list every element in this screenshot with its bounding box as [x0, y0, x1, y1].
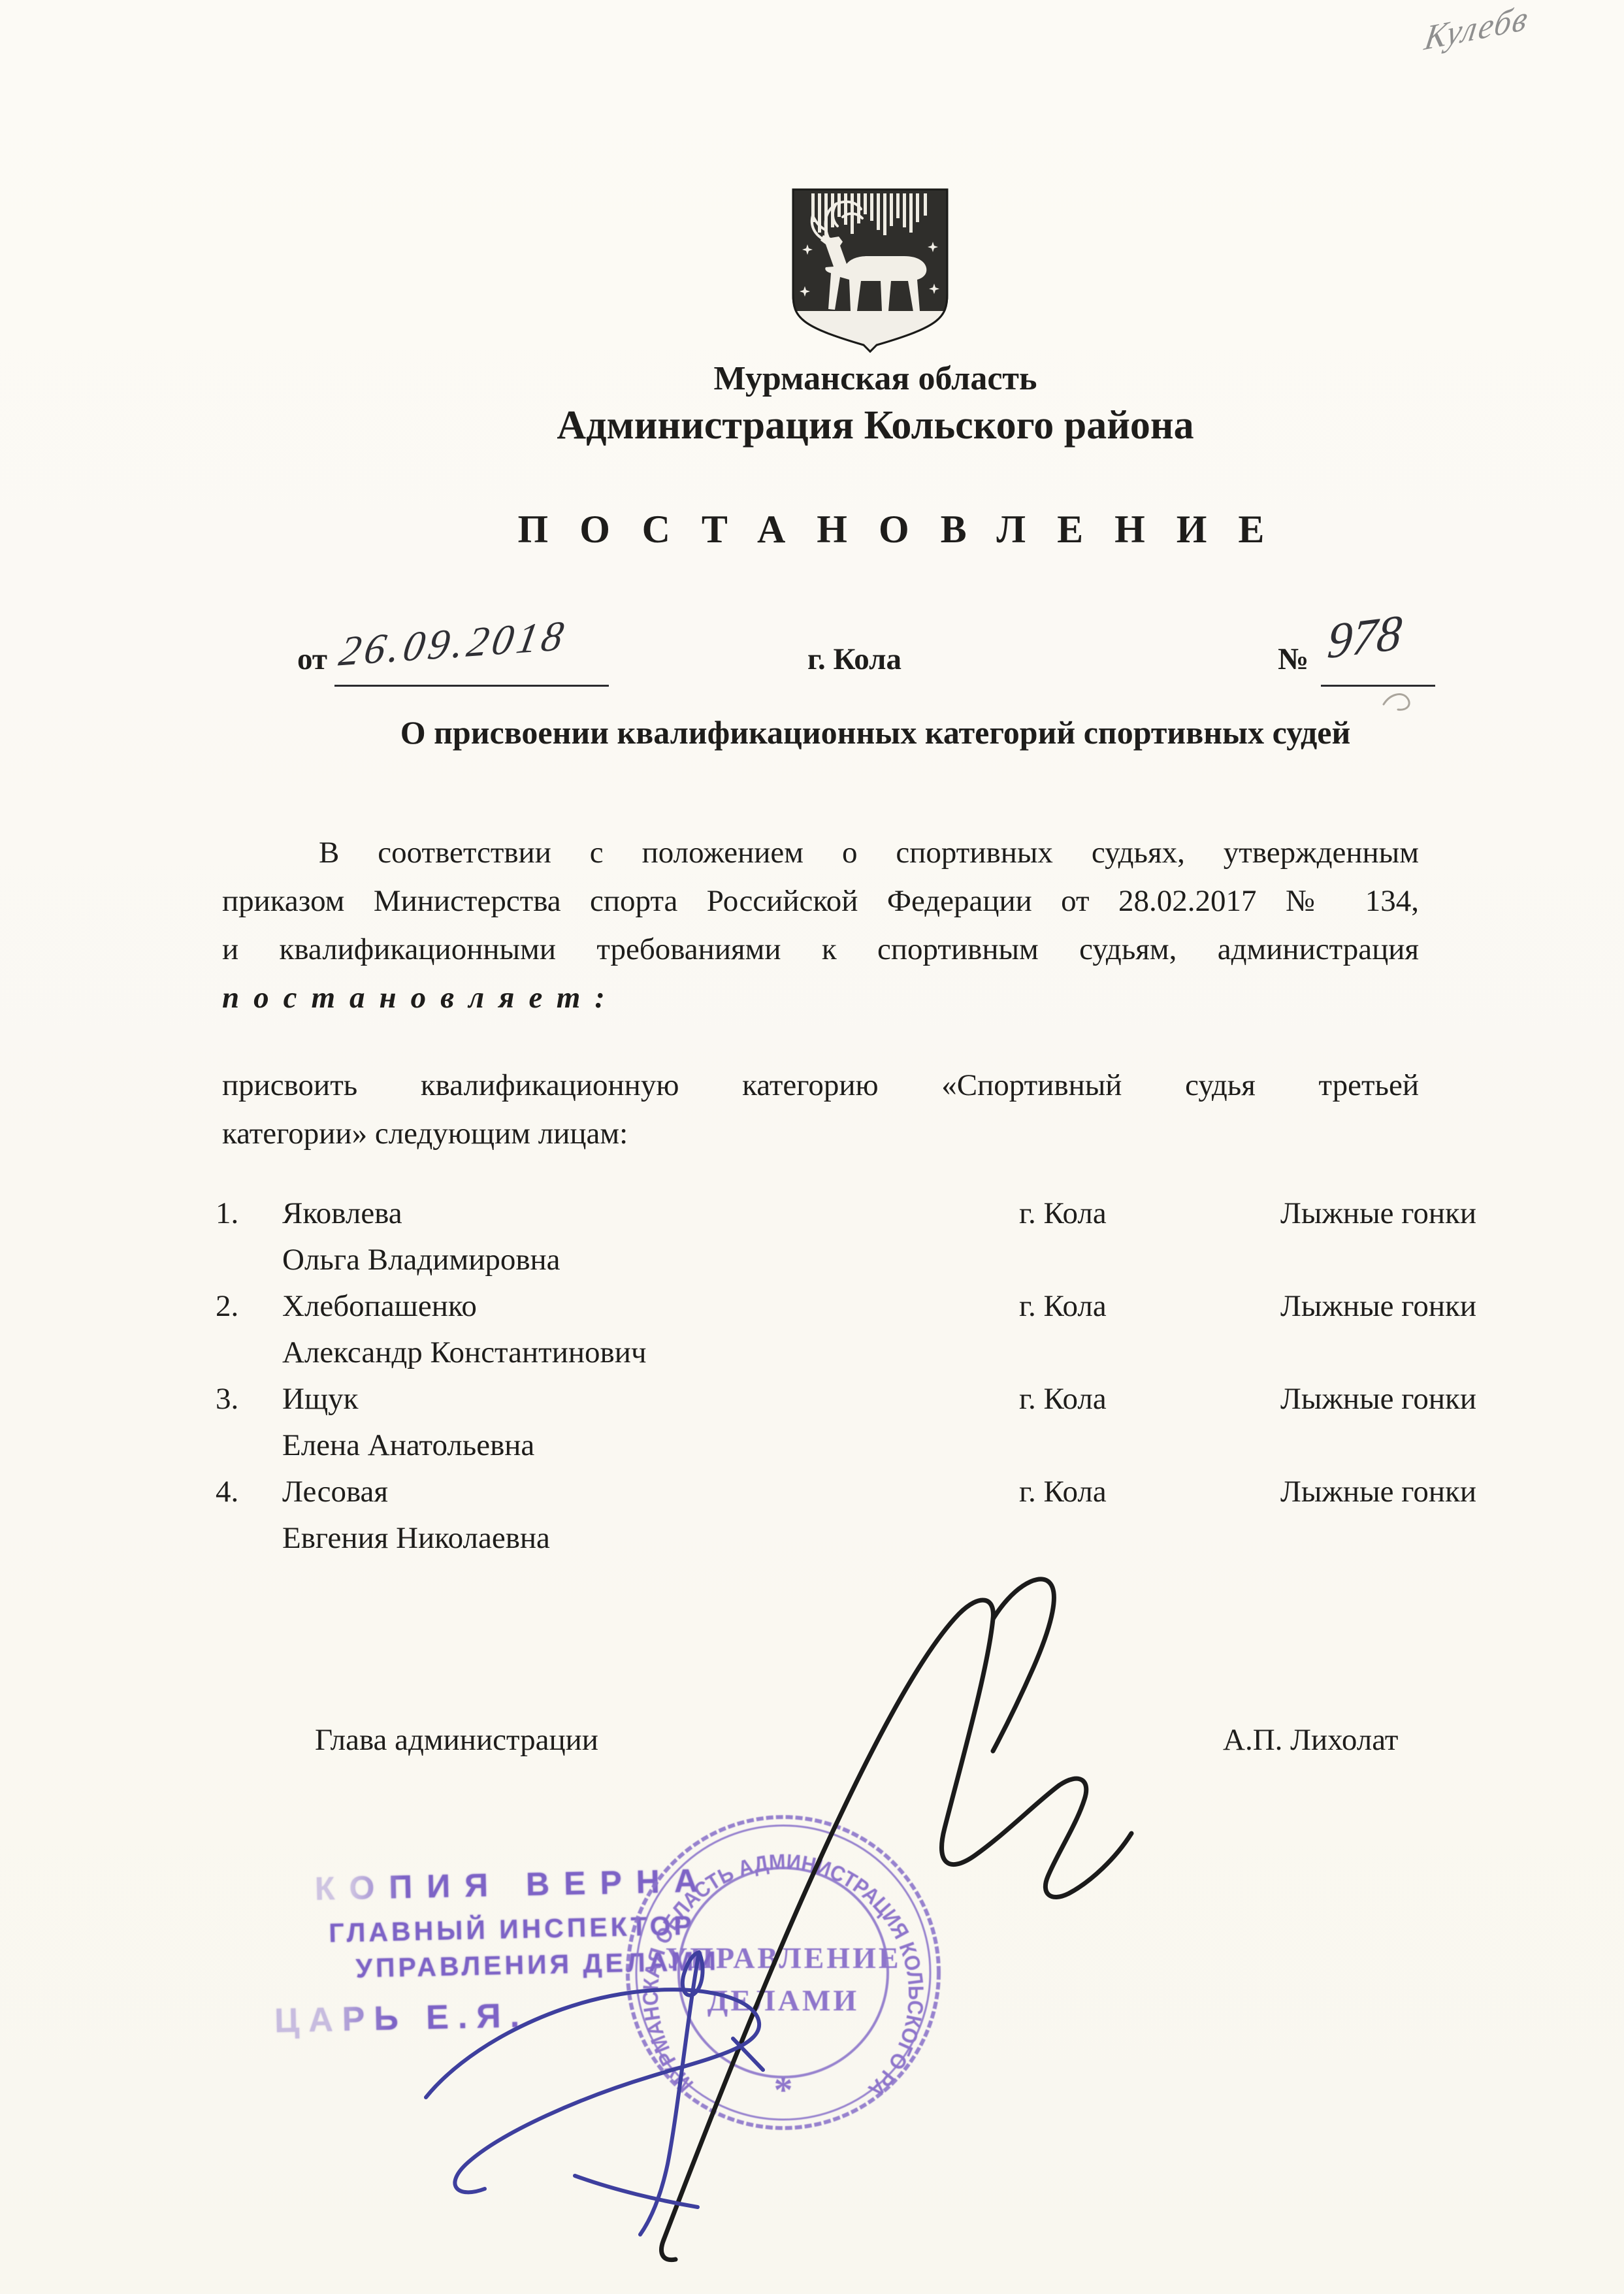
judge-row: 1. Яковлева Ольга Владимировна г. Кола Л… — [216, 1190, 1476, 1283]
place-name: г. Кола — [807, 642, 901, 677]
judge-sport: Лыжные гонки — [1280, 1283, 1476, 1376]
pencil-squiggle — [1384, 695, 1409, 710]
judge-surname: Ищук — [282, 1376, 1019, 1422]
judge-given-names: Ольга Владимировна — [282, 1237, 1019, 1283]
judge-city: г. Кола — [1019, 1283, 1280, 1376]
intro-line-2: приказом Министерства спорта Российской … — [222, 877, 1419, 925]
stamp-center-line1: УПРАВЛЕНИЕ — [665, 1941, 901, 1974]
judge-row: 3. Ищук Елена Анатольевна г. Кола Лыжные… — [216, 1376, 1476, 1469]
scanned-resolution-page: Кулебв — [0, 0, 1624, 2294]
shield-base-band — [785, 311, 955, 356]
judge-number: 1. — [216, 1190, 282, 1283]
judge-name: Лесовая Евгения Николаевна — [282, 1469, 1019, 1562]
region-name: Мурманская область — [124, 359, 1624, 398]
judge-number: 3. — [216, 1376, 282, 1469]
judge-given-names: Елена Анатольевна — [282, 1422, 1019, 1469]
judge-surname: Хлебопашенко — [282, 1283, 1019, 1330]
judges-list: 1. Яковлева Ольга Владимировна г. Кола Л… — [216, 1190, 1476, 1562]
date-underline — [334, 685, 609, 687]
round-official-stamp: МУРМАНСКАЯ ОБЛАСТЬ АДМИНИСТРАЦИЯ КОЛЬСКО… — [622, 1811, 945, 2134]
judge-surname: Яковлева — [282, 1190, 1019, 1237]
document-title: О присвоении квалификационных категорий … — [124, 713, 1624, 751]
signer-name: А.П. Лихолат — [1223, 1722, 1398, 1758]
handwritten-number: 978 — [1325, 604, 1405, 670]
judge-sport: Лыжные гонки — [1280, 1469, 1476, 1562]
judge-row: 4. Лесовая Евгения Николаевна г. Кола Лы… — [216, 1469, 1476, 1562]
judge-number: 2. — [216, 1283, 282, 1376]
assign-line-2: категории» следующим лицам: — [222, 1109, 1419, 1158]
judge-sport: Лыжные гонки — [1280, 1190, 1476, 1283]
resolves-word: постановляет: — [222, 974, 1419, 1022]
intro-line-3: и квалификационными требованиями к спорт… — [222, 925, 1419, 974]
document-type-heading: ПОСТАНОВЛЕНИЕ — [124, 507, 1624, 552]
judge-name: Яковлева Ольга Владимировна — [282, 1190, 1019, 1283]
judge-number: 4. — [216, 1469, 282, 1562]
judge-city: г. Кола — [1019, 1190, 1280, 1283]
kola-district-coat-of-arms — [785, 183, 955, 356]
judge-name: Ищук Елена Анатольевна — [282, 1376, 1019, 1469]
signer-position: Глава администрации — [315, 1722, 598, 1758]
handwritten-date: 26.09.2018 — [336, 611, 571, 676]
judge-given-names: Александр Константинович — [282, 1330, 1019, 1376]
judge-given-names: Евгения Николаевна — [282, 1515, 1019, 1562]
judge-city: г. Кола — [1019, 1376, 1280, 1469]
date-label: от — [297, 642, 327, 677]
stamp-center-line2: ДЕЛАМИ — [707, 1984, 859, 2017]
judge-sport: Лыжные гонки — [1280, 1376, 1476, 1469]
stamp-bottom-star: * — [774, 2069, 793, 2111]
number-underline — [1321, 685, 1435, 687]
intro-paragraph: В соответствии с положением о спортивных… — [222, 828, 1419, 1022]
intro-line-1: В соответствии с положением о спортивных… — [222, 828, 1419, 877]
judge-city: г. Кола — [1019, 1469, 1280, 1562]
assignment-paragraph: присвоить квалификационную категорию «Сп… — [222, 1061, 1419, 1158]
judge-row: 2. Хлебопашенко Александр Константинович… — [216, 1283, 1476, 1376]
assign-line-1: присвоить квалификационную категорию «Сп… — [222, 1061, 1419, 1109]
organization-name: Администрация Кольского района — [124, 402, 1624, 449]
judge-surname: Лесовая — [282, 1469, 1019, 1515]
judge-name: Хлебопашенко Александр Константинович — [282, 1283, 1019, 1376]
pencil-annotation: Кулебв — [1422, 0, 1532, 59]
number-label: № — [1278, 642, 1308, 677]
